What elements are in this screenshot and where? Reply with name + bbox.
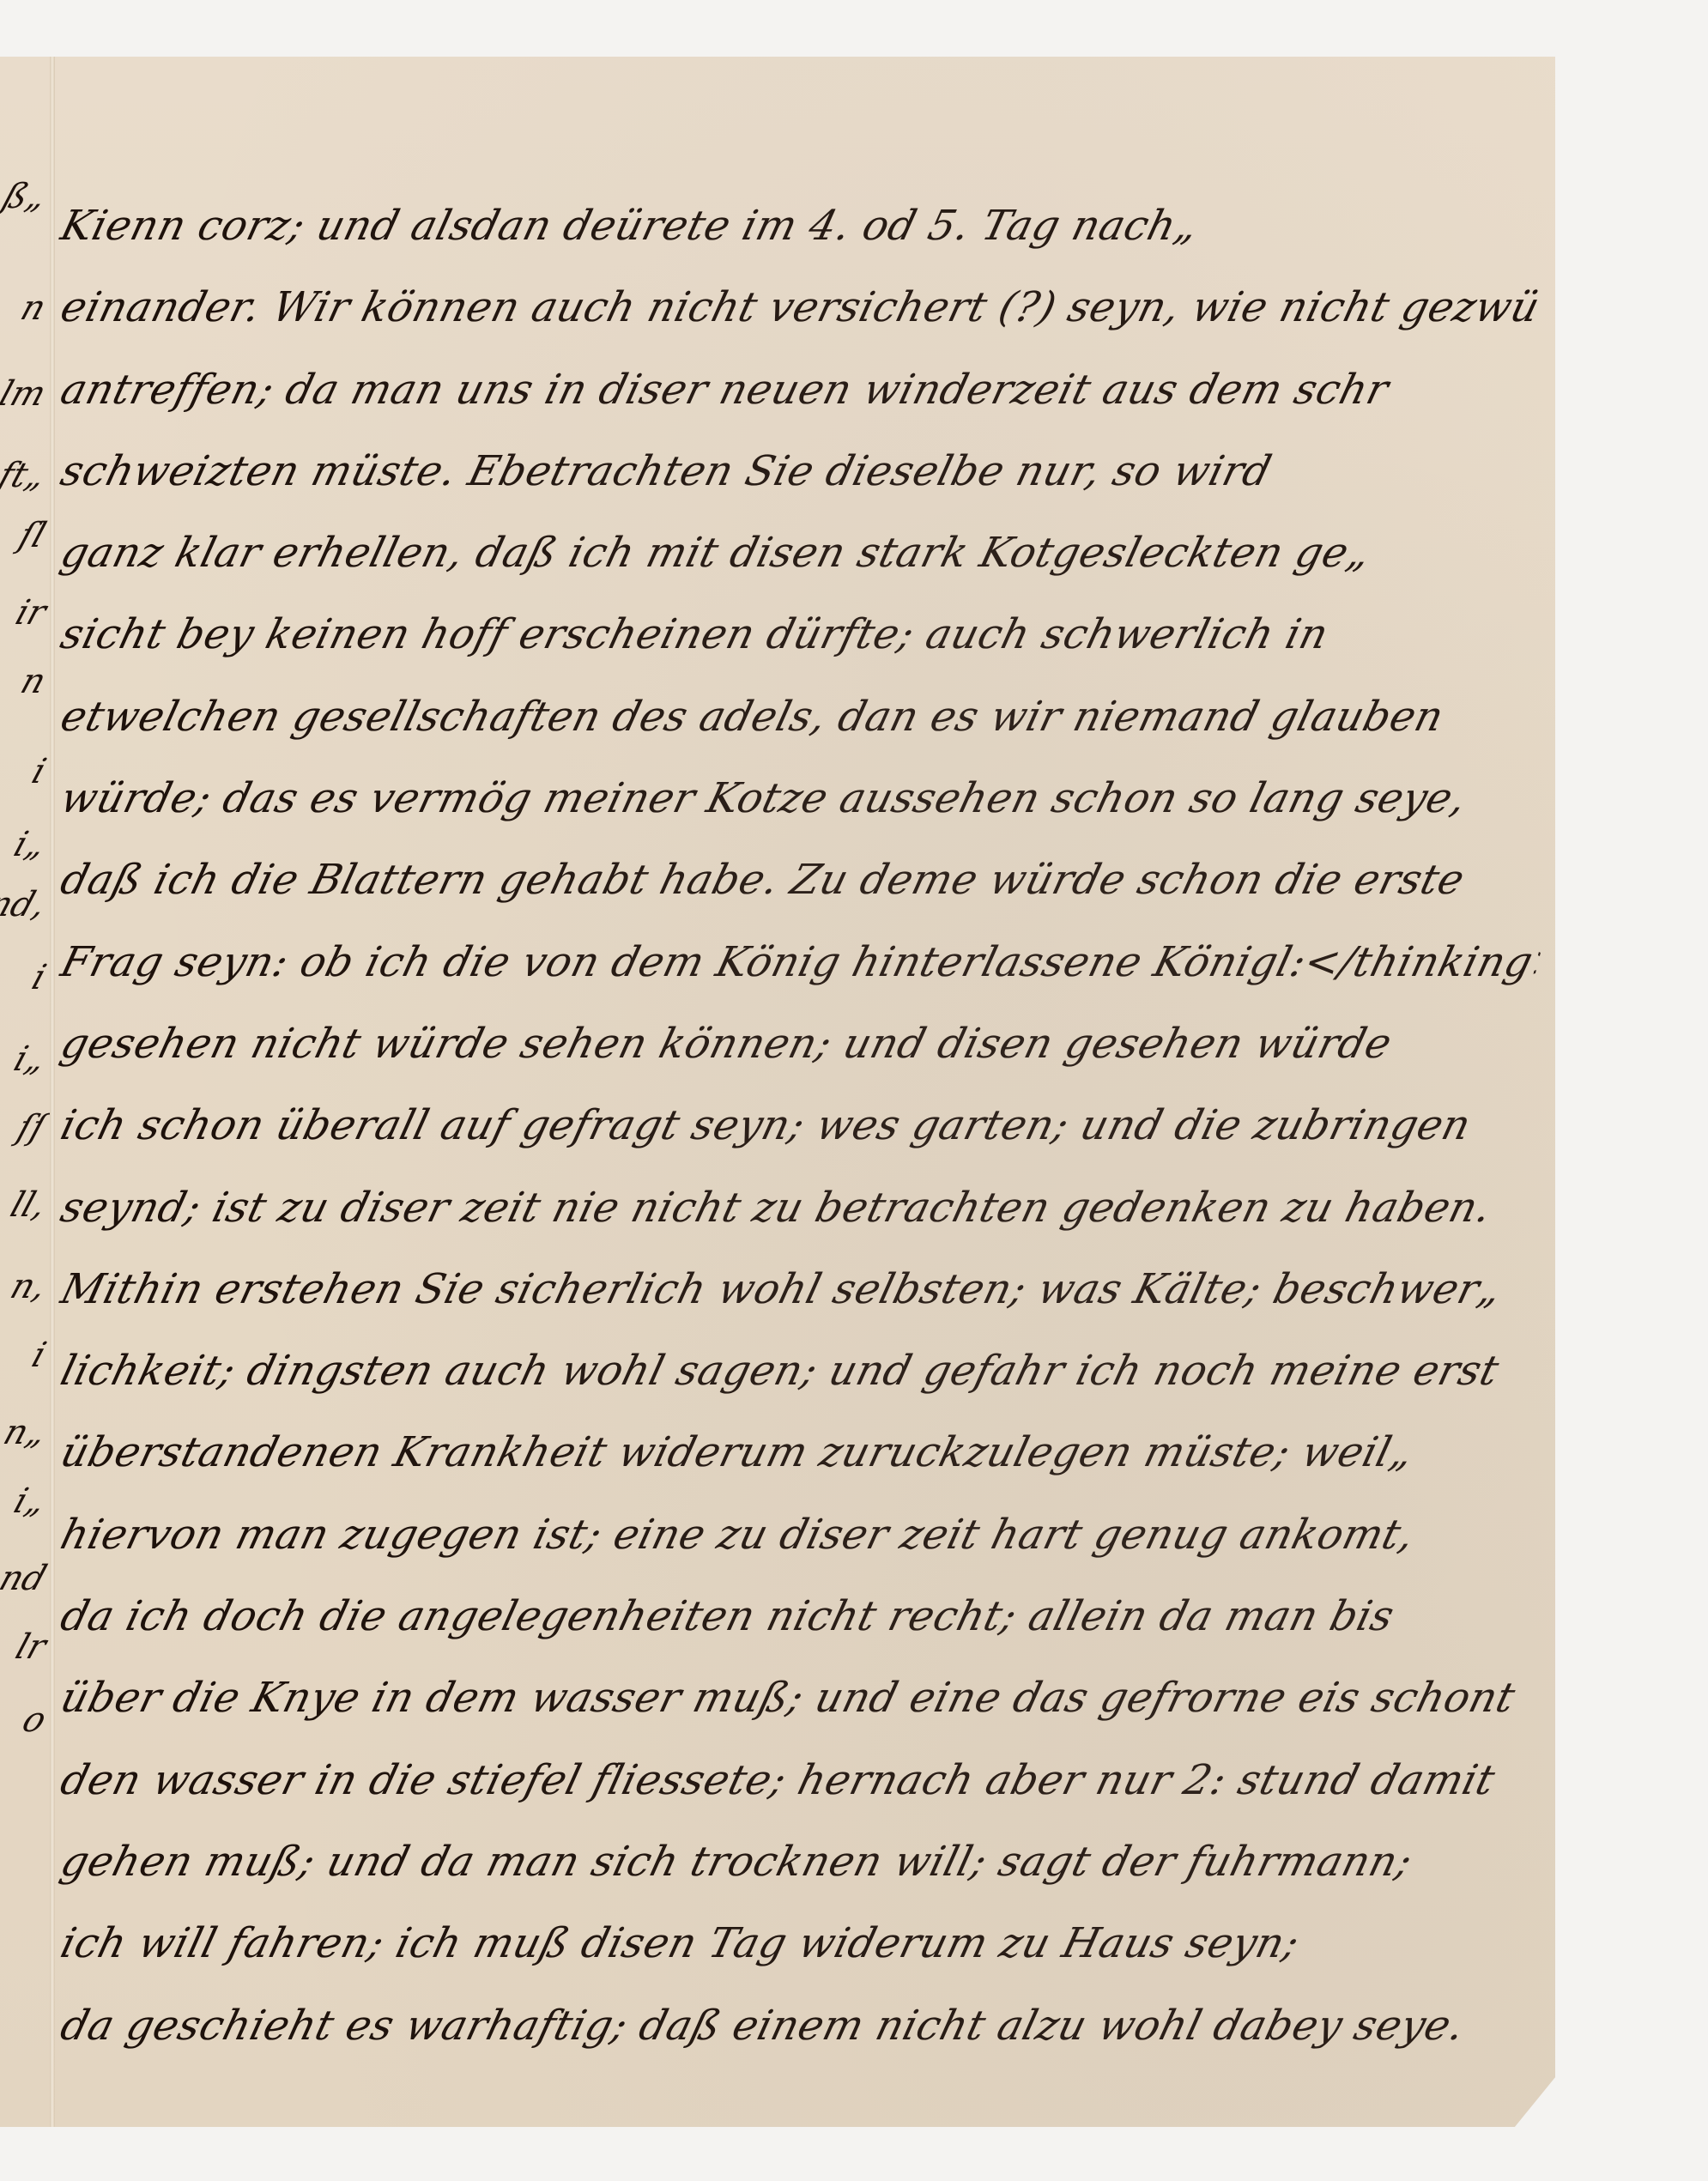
left-page-edge: ß„nlmft„ſlirnii„nd,ii„ſſll,n,in„i„ndlro (0, 57, 50, 2127)
left-page-fragment: n (16, 288, 50, 328)
manuscript-line: einander. Wir können auch nicht versiche… (51, 267, 1548, 348)
manuscript-line: ich schon überall auf gefragt seyn; wes … (51, 1085, 1548, 1166)
left-page-fragment: i„ (9, 825, 50, 864)
manuscript-line: sicht bey keinen hoff erscheinen dürfte;… (51, 594, 1548, 676)
manuscript-sheet: ß„nlmft„ſlirnii„nd,ii„ſſll,n,in„i„ndlro … (0, 57, 1555, 2127)
manuscript-line: den wasser in die stiefel fliessete; her… (51, 1740, 1548, 1821)
left-page-fragment: ft„ (0, 456, 50, 495)
manuscript-line: gesehen nicht würde sehen können; und di… (51, 1003, 1548, 1085)
manuscript-line: etwelchen gesellschaften des adels, dan … (51, 676, 1548, 758)
right-page-text: Kienn corz; und alsdan deürete im 4. od … (62, 185, 1538, 2067)
left-page-fragment: ß„ (0, 177, 50, 216)
manuscript-line: über die Knye in dem wasser muß; und ein… (51, 1657, 1548, 1739)
left-page-fragment: i (27, 1336, 50, 1375)
left-page-fragment: ir (11, 593, 50, 633)
manuscript-line: da ich doch die angelegenheiten nicht re… (51, 1576, 1548, 1657)
manuscript-line: seynd; ist zu diser zeit nie nicht zu be… (51, 1167, 1548, 1249)
left-page-fragment: i„ (9, 1481, 50, 1521)
left-page-fragment: n„ (0, 1413, 50, 1452)
manuscript-line: gehen muß; und da man sich trocknen will… (51, 1821, 1548, 1903)
manuscript-line: ganz klar erhellen, daß ich mit disen st… (51, 512, 1548, 594)
left-page-fragment: n (16, 662, 50, 701)
manuscript-line: Frag seyn: ob ich die von dem König hint… (51, 922, 1548, 1003)
manuscript-line: schweizten müste. Ebetrachten Sie diesel… (51, 431, 1548, 512)
manuscript-line: hiervon man zugegen ist; eine zu diser z… (51, 1494, 1548, 1576)
left-page-fragment: ſſ (13, 1108, 50, 1148)
left-page-fragment: lm (0, 374, 50, 414)
manuscript-line: Mithin erstehen Sie sicherlich wohl selb… (51, 1249, 1548, 1330)
left-page-fragment: lr (11, 1627, 50, 1667)
manuscript-line: daß ich die Blattern gehabt habe. Zu dem… (51, 839, 1548, 921)
manuscript-line: antreffen; da man uns in diser neuen win… (51, 349, 1548, 431)
manuscript-line: lichkeit; dingsten auch wohl sagen; und … (51, 1330, 1548, 1412)
left-page-fragment: ſl (15, 516, 50, 555)
manuscript-line: würde; das es vermög meiner Kotze ausseh… (51, 758, 1548, 839)
left-page-fragment: ll, (5, 1185, 50, 1225)
manuscript-line: Kienn corz; und alsdan deürete im 4. od … (51, 185, 1548, 267)
left-page-fragment: i (27, 752, 50, 791)
left-page-fragment: o (17, 1700, 50, 1740)
manuscript-line: ich will fahren; ich muß disen Tag wider… (51, 1903, 1548, 1984)
left-page-fragment: nd (0, 1559, 50, 1598)
manuscript-line: überstandenen Krankheit widerum zuruckzu… (51, 1412, 1548, 1493)
manuscript-line: da geschieht es warhaftig; daß einem nic… (51, 1985, 1548, 2067)
left-page-fragment: nd, (0, 885, 50, 924)
left-page-fragment: n, (5, 1267, 50, 1306)
left-page-fragment: i (27, 958, 50, 997)
left-page-fragment: i„ (9, 1039, 50, 1079)
